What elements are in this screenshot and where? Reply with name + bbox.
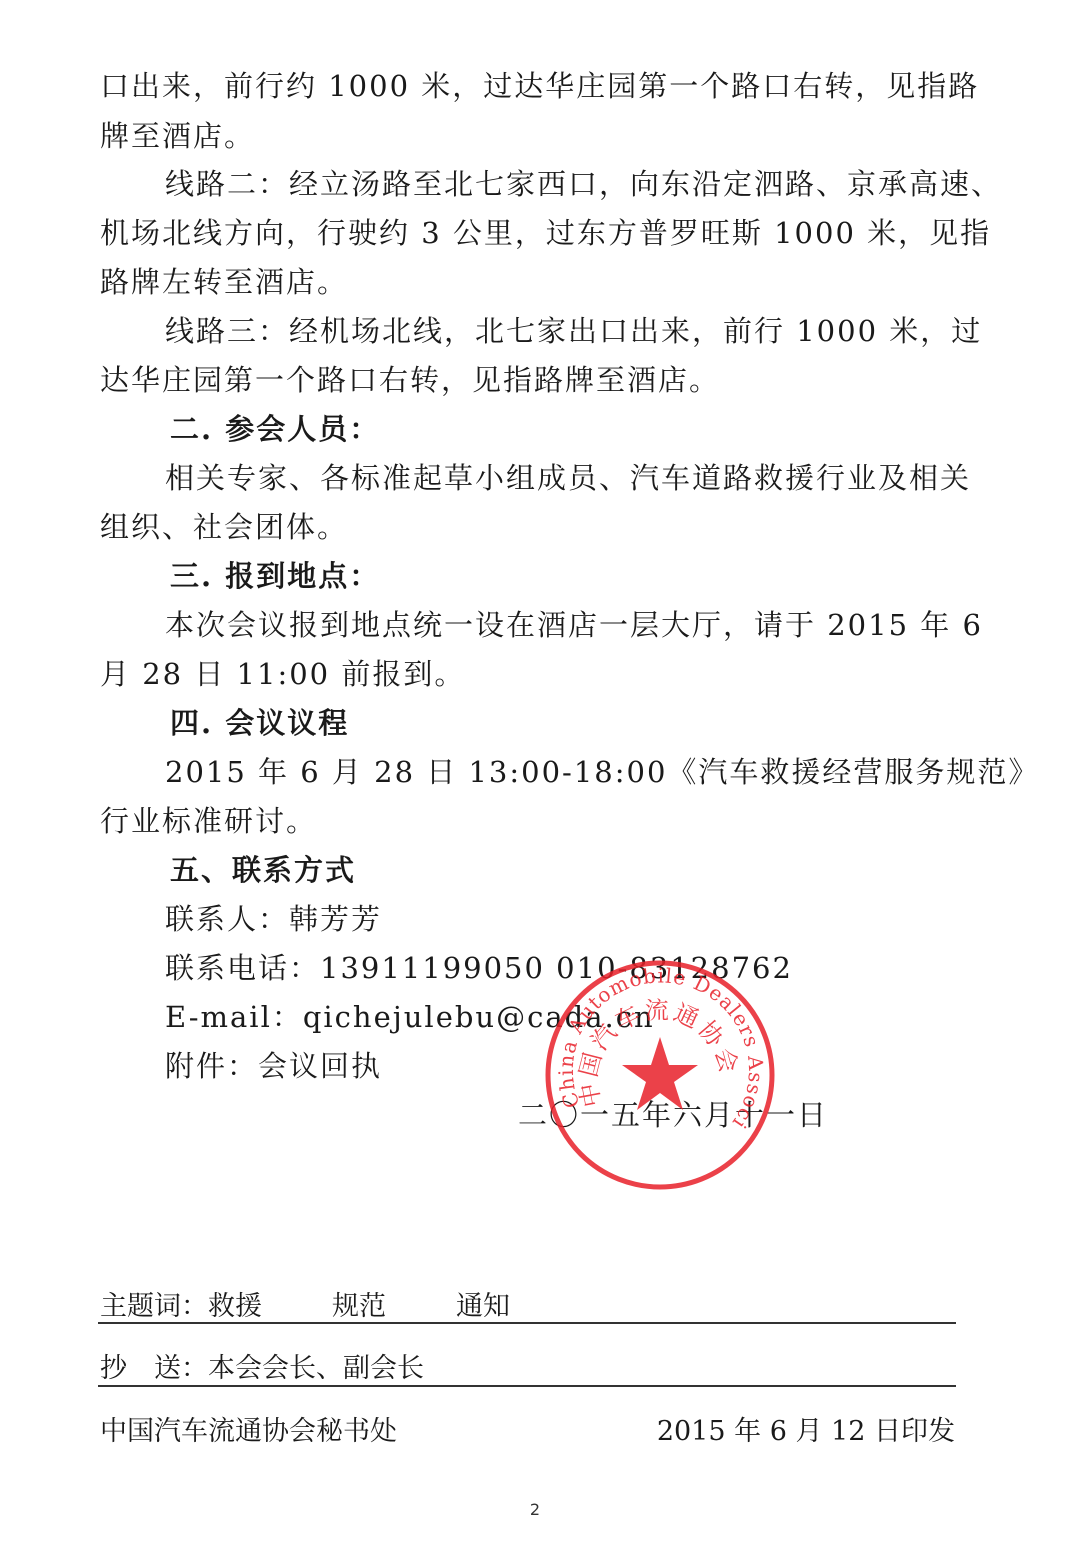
- cc-row: 抄 送：本会会长、副会长: [100, 1352, 955, 1386]
- text-line: 2015 年 6 月 28 日 13:00-18:00《汽车救援经营服务规范》: [165, 754, 1025, 790]
- keywords-label: 主题词：: [100, 1291, 208, 1322]
- attachment-line: 附件：会议回执: [165, 1048, 1025, 1084]
- keyword: 救援: [208, 1290, 262, 1324]
- cc-label: 抄 送：: [100, 1353, 208, 1384]
- issuer: 中国汽车流通协会秘书处: [100, 1416, 397, 1447]
- page-number: 2: [0, 1500, 1070, 1519]
- text-line: 本次会议报到地点统一设在酒店一层大厅，请于 2015 年 6: [165, 607, 1025, 643]
- section-heading-location: 三. 报到地点：: [170, 558, 1030, 594]
- divider: [98, 1322, 956, 1324]
- text-line: 组织、社会团体。: [100, 509, 960, 545]
- text-line: 机场北线方向，行驶约 3 公里，过东方普罗旺斯 1000 米，见指: [100, 215, 960, 251]
- text-line: 月 28 日 11:00 前报到。: [100, 656, 960, 692]
- text-line: 路牌左转至酒店。: [100, 264, 960, 300]
- divider: [98, 1385, 956, 1387]
- route-2-line: 线路二：经立汤路至北七家西口，向东沿定泗路、京承高速、: [165, 166, 1025, 202]
- text-line: 行业标准研讨。: [100, 803, 960, 839]
- signature-date: 二〇一五年六月十一日: [518, 1097, 1070, 1133]
- text-line: 牌至酒店。: [100, 118, 960, 154]
- keyword: 规范: [332, 1290, 386, 1324]
- section-heading-agenda: 四. 会议议程: [170, 705, 1030, 741]
- contact-phone: 联系电话：13911199050 010-83128762: [165, 950, 1025, 986]
- text-line: 相关专家、各标准起草小组成员、汽车道路救援行业及相关: [165, 460, 1025, 496]
- issue-row: 中国汽车流通协会秘书处 2015 年 6 月 12 日印发: [100, 1415, 955, 1449]
- document-page: 口出来，前行约 1000 米，过达华庄园第一个路口右转，见指路 牌至酒店。 线路…: [0, 0, 1070, 1546]
- section-heading-attendees: 二. 参会人员：: [170, 411, 1030, 447]
- contact-person: 联系人：韩芳芳: [165, 901, 1025, 937]
- text-line: 口出来，前行约 1000 米，过达华庄园第一个路口右转，见指路: [100, 68, 960, 104]
- issue-date: 2015 年 6 月 12 日印发: [657, 1415, 955, 1449]
- contact-email: E-mail：qichejulebu@cada.cn: [165, 999, 1025, 1035]
- text-line: 达华庄园第一个路口右转，见指路牌至酒店。: [100, 362, 960, 398]
- keywords-row: 主题词：救援规范通知: [100, 1290, 955, 1324]
- cc-value: 本会会长、副会长: [208, 1353, 424, 1384]
- section-heading-contact: 五、联系方式: [170, 852, 1030, 888]
- keyword: 通知: [456, 1290, 510, 1324]
- route-3-line: 线路三：经机场北线，北七家出口出来，前行 1000 米，过: [165, 313, 1025, 349]
